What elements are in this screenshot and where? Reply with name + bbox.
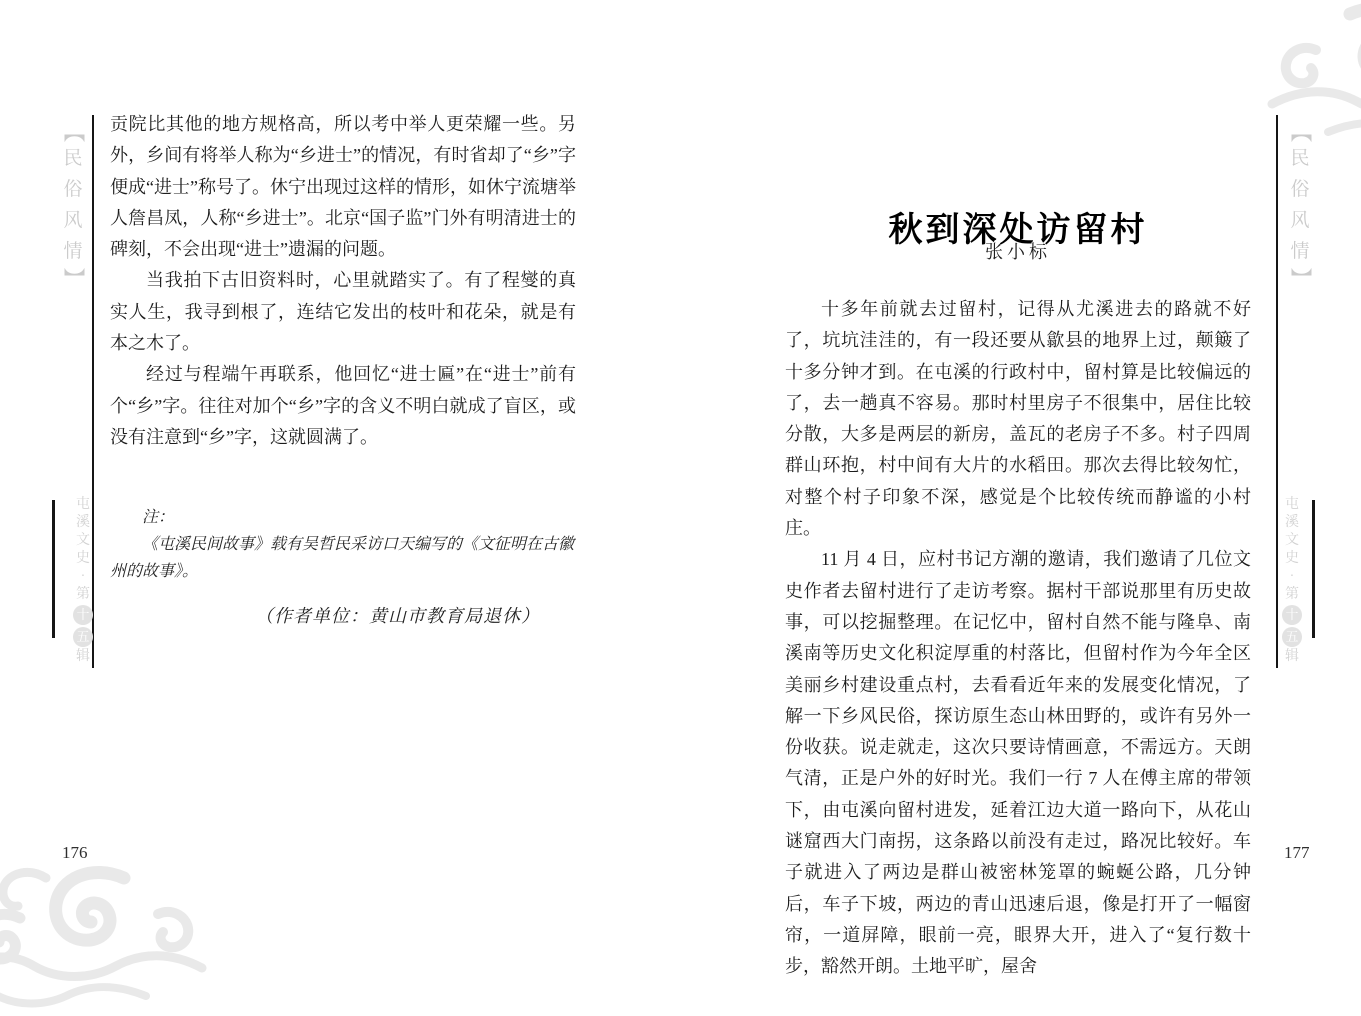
author-unit-line: （作者单位：黄山市教育局退休） [110,602,576,628]
section-label-right: 【民俗风情】 [1283,121,1317,289]
series-badge-five: 五 [1282,627,1302,647]
series-rule-left-page [52,500,55,638]
cloud-ornament-bottom-left [0,856,242,1016]
paragraph: 11 月 4 日，应村书记方潮的邀请，我们邀请了几位文史作者去留村进行了走访考察… [785,544,1251,982]
page-number-left: 176 [62,843,88,863]
article-author: 张小标 [785,238,1251,264]
margin-rule-right-page [1276,115,1278,668]
paragraph: 贡院比其他的地方规格高，所以考中举人更荣耀一些。另外，乡间有将举人称为“乡进士”… [110,109,576,265]
section-label-left: 【民俗风情】 [56,121,90,289]
series-label-right: 屯溪文史·第 十 五 辑 [1279,496,1305,666]
book-spread: 【民俗风情】 屯溪文史·第 十 五 辑 贡院比其他的地方规格高，所以考中举人更荣… [0,0,1361,1016]
series-prefix: 屯溪文史·第 [76,496,90,604]
paragraph: 经过与程端午再联系，他回忆“进士匾”在“进士”前有个“乡”字。往往对加个“乡”字… [110,359,576,453]
footnote-label: 注： [110,504,576,531]
series-badge-five: 五 [73,627,93,647]
left-page-body: 贡院比其他的地方规格高，所以考中举人更荣耀一些。另外，乡间有将举人称为“乡进士”… [110,109,576,453]
paragraph: 十多年前就去过留村，记得从尤溪进去的路就不好了，坑坑洼洼的，有一段还要从歙县的地… [785,294,1251,544]
series-suffix: 辑 [1285,648,1299,666]
footnote-block: 注： 《屯溪民间故事》载有吴哲民采访口天编写的《文征明在古徽州的故事》。 [110,504,576,585]
series-rule-right-page [1312,500,1315,638]
right-page-body: 十多年前就去过留村，记得从尤溪进去的路就不好了，坑坑洼洼的，有一段还要从歙县的地… [785,294,1251,983]
series-prefix: 屯溪文史·第 [1285,496,1299,604]
series-badge-ten: 十 [73,605,93,625]
footnote-text: 《屯溪民间故事》载有吴哲民采访口天编写的《文征明在古徽州的故事》。 [110,531,576,585]
series-badge-ten: 十 [1282,605,1302,625]
paragraph: 当我拍下古旧资料时，心里就踏实了。有了程燮的真实人生，我寻到根了，连结它发出的枝… [110,265,576,359]
series-suffix: 辑 [76,648,90,666]
series-label-left: 屯溪文史·第 十 五 辑 [70,496,96,666]
page-number-right: 177 [1284,843,1310,863]
